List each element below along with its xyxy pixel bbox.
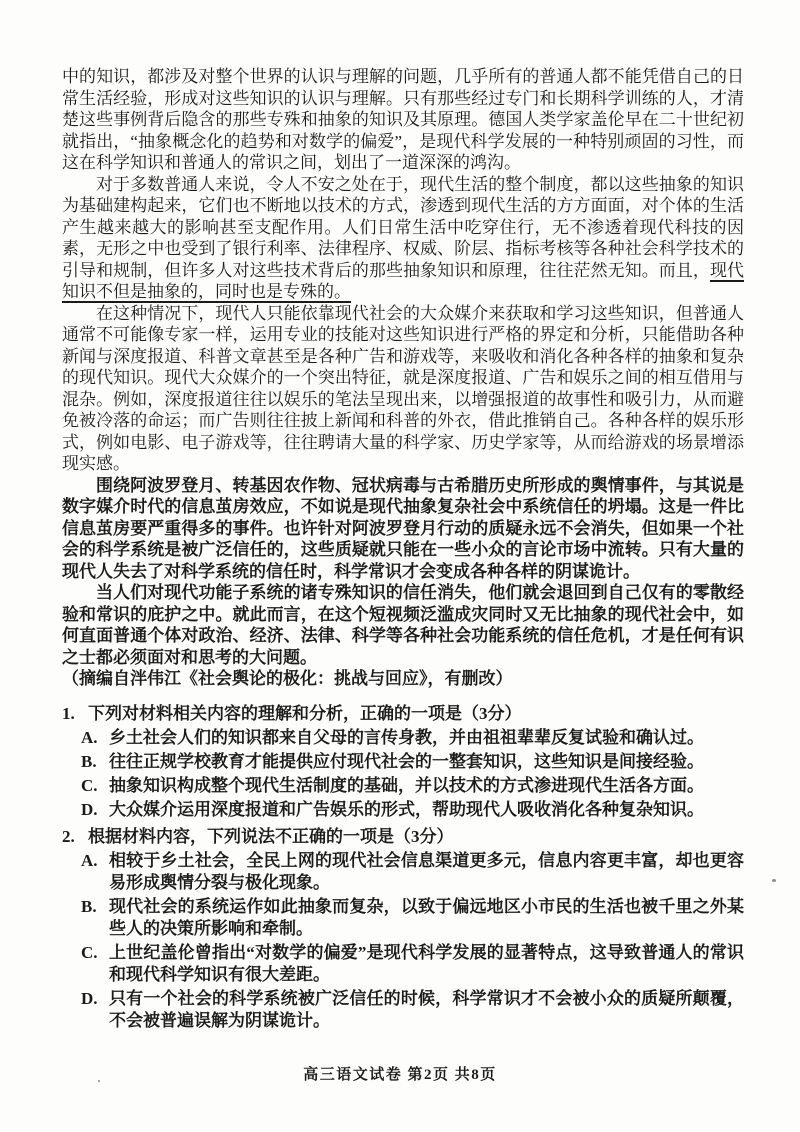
option-label: B. <box>81 896 109 940</box>
option-label: B. <box>81 751 109 773</box>
question-2: 2. 根据材料内容，下列说法不正确的一项是（3分） A. 相较于乡土社会，全民上… <box>62 826 744 1032</box>
option-text: 乡土社会人们的知识都来自父母的言传身教，并由祖祖辈辈反复试验和确认过。 <box>109 727 744 749</box>
passage-paragraph-5: 当人们对现代功能子系统的诸专殊知识的信任消失，他们就会退回到自己仅有的零散经验和… <box>62 582 744 668</box>
paragraph-2-text: 对于多数普通人来说，令人不安之处在于，现代生活的整个制度，都以这些抽象的知识为基… <box>62 175 744 280</box>
option-label: A. <box>81 727 109 749</box>
passage-paragraph-3: 在这种情况下，现代人只能依靠现代社会的大众媒介来获取和学习这些知识，但普通人通常… <box>62 303 744 475</box>
option-text: 现代社会的系统运作如此抽象而复杂，以致于偏远地区小市民的生活也被千里之外某些人的… <box>109 896 744 940</box>
option-text: 相较于乡土社会，全民上网的现代社会信息渠道更多元，信息内容更丰富，却也更容易形成… <box>109 850 744 894</box>
question-1-option-a: A. 乡土社会人们的知识都来自父母的言传身教，并由祖祖辈辈反复试验和确认过。 <box>62 727 744 749</box>
option-label: D. <box>81 799 109 821</box>
question-2-stem-text: 根据材料内容，下列说法不正确的一项是（3分） <box>88 826 744 848</box>
option-text: 上世纪盖伦曾指出“对数学的偏爱”是现代科学发展的显著特点，这导致普通人的常识和现… <box>109 942 744 986</box>
option-label: C. <box>81 775 109 797</box>
passage-paragraph-1: 中的知识，都涉及对整个世界的认识与理解的问题，几乎所有的普通人都不能凭借自己的日… <box>62 66 744 174</box>
passage-paragraph-4: 围绕阿波罗登月、转基因农作物、冠状病毒与古希腊历史所形成的舆情事件，与其说是数字… <box>62 475 744 583</box>
question-1-option-c: C. 抽象知识构成整个现代生活制度的基础，并以技术的方式渗进现代生活各方面。 <box>62 775 744 797</box>
option-label: A. <box>81 850 109 894</box>
question-2-number: 2. <box>62 826 88 848</box>
question-1: 1. 下列对材料相关内容的理解和分析，正确的一项是（3分） A. 乡土社会人们的… <box>62 703 744 821</box>
scan-speck <box>98 1080 100 1082</box>
question-2-option-d: D. 只有一个社会的科学系统被广泛信任的时候，科学常识才不会被小众的质疑所颠覆，… <box>62 988 744 1032</box>
exam-page: 中的知识，都涉及对整个世界的认识与理解的问题，几乎所有的普通人都不能凭借自己的日… <box>0 0 800 1132</box>
question-1-option-b: B. 往往正规学校教育才能提供应付现代社会的一整套知识，这些知识是间接经验。 <box>62 751 744 773</box>
passage-paragraph-2: 对于多数普通人来说，令人不安之处在于，现代生活的整个制度，都以这些抽象的知识为基… <box>62 174 744 303</box>
page-footer: 高三语文试卷 第2页 共8页 <box>0 1063 800 1084</box>
question-1-stem: 1. 下列对材料相关内容的理解和分析，正确的一项是（3分） <box>62 703 744 725</box>
question-1-number: 1. <box>62 703 88 725</box>
scan-speck <box>772 879 776 882</box>
option-label: C. <box>81 942 109 986</box>
source-attribution: （摘编自泮伟江《社会舆论的极化：挑战与回应》，有删改） <box>62 668 744 690</box>
questions-section: 1. 下列对材料相关内容的理解和分析，正确的一项是（3分） A. 乡土社会人们的… <box>62 703 744 1032</box>
question-2-option-a: A. 相较于乡土社会，全民上网的现代社会信息渠道更多元，信息内容更丰富，却也更容… <box>62 850 744 894</box>
reading-passage: 中的知识，都涉及对整个世界的认识与理解的问题，几乎所有的普通人都不能凭借自己的日… <box>62 66 744 690</box>
option-text: 抽象知识构成整个现代生活制度的基础，并以技术的方式渗进现代生活各方面。 <box>109 775 744 797</box>
option-text: 往往正规学校教育才能提供应付现代社会的一整套知识，这些知识是间接经验。 <box>109 751 744 773</box>
question-1-stem-text: 下列对材料相关内容的理解和分析，正确的一项是（3分） <box>88 703 744 725</box>
option-text: 大众媒介运用深度报道和广告娱乐的形式，帮助现代人吸收消化各种复杂知识。 <box>109 799 744 821</box>
question-2-stem: 2. 根据材料内容，下列说法不正确的一项是（3分） <box>62 826 744 848</box>
question-1-option-d: D. 大众媒介运用深度报道和广告娱乐的形式，帮助现代人吸收消化各种复杂知识。 <box>62 799 744 821</box>
option-label: D. <box>81 988 109 1032</box>
question-2-option-c: C. 上世纪盖伦曾指出“对数学的偏爱”是现代科学发展的显著特点，这导致普通人的常… <box>62 942 744 986</box>
option-text: 只有一个社会的科学系统被广泛信任的时候，科学常识才不会被小众的质疑所颠覆，不会被… <box>109 988 744 1032</box>
question-2-option-b: B. 现代社会的系统运作如此抽象而复杂，以致于偏远地区小市民的生活也被千里之外某… <box>62 896 744 940</box>
